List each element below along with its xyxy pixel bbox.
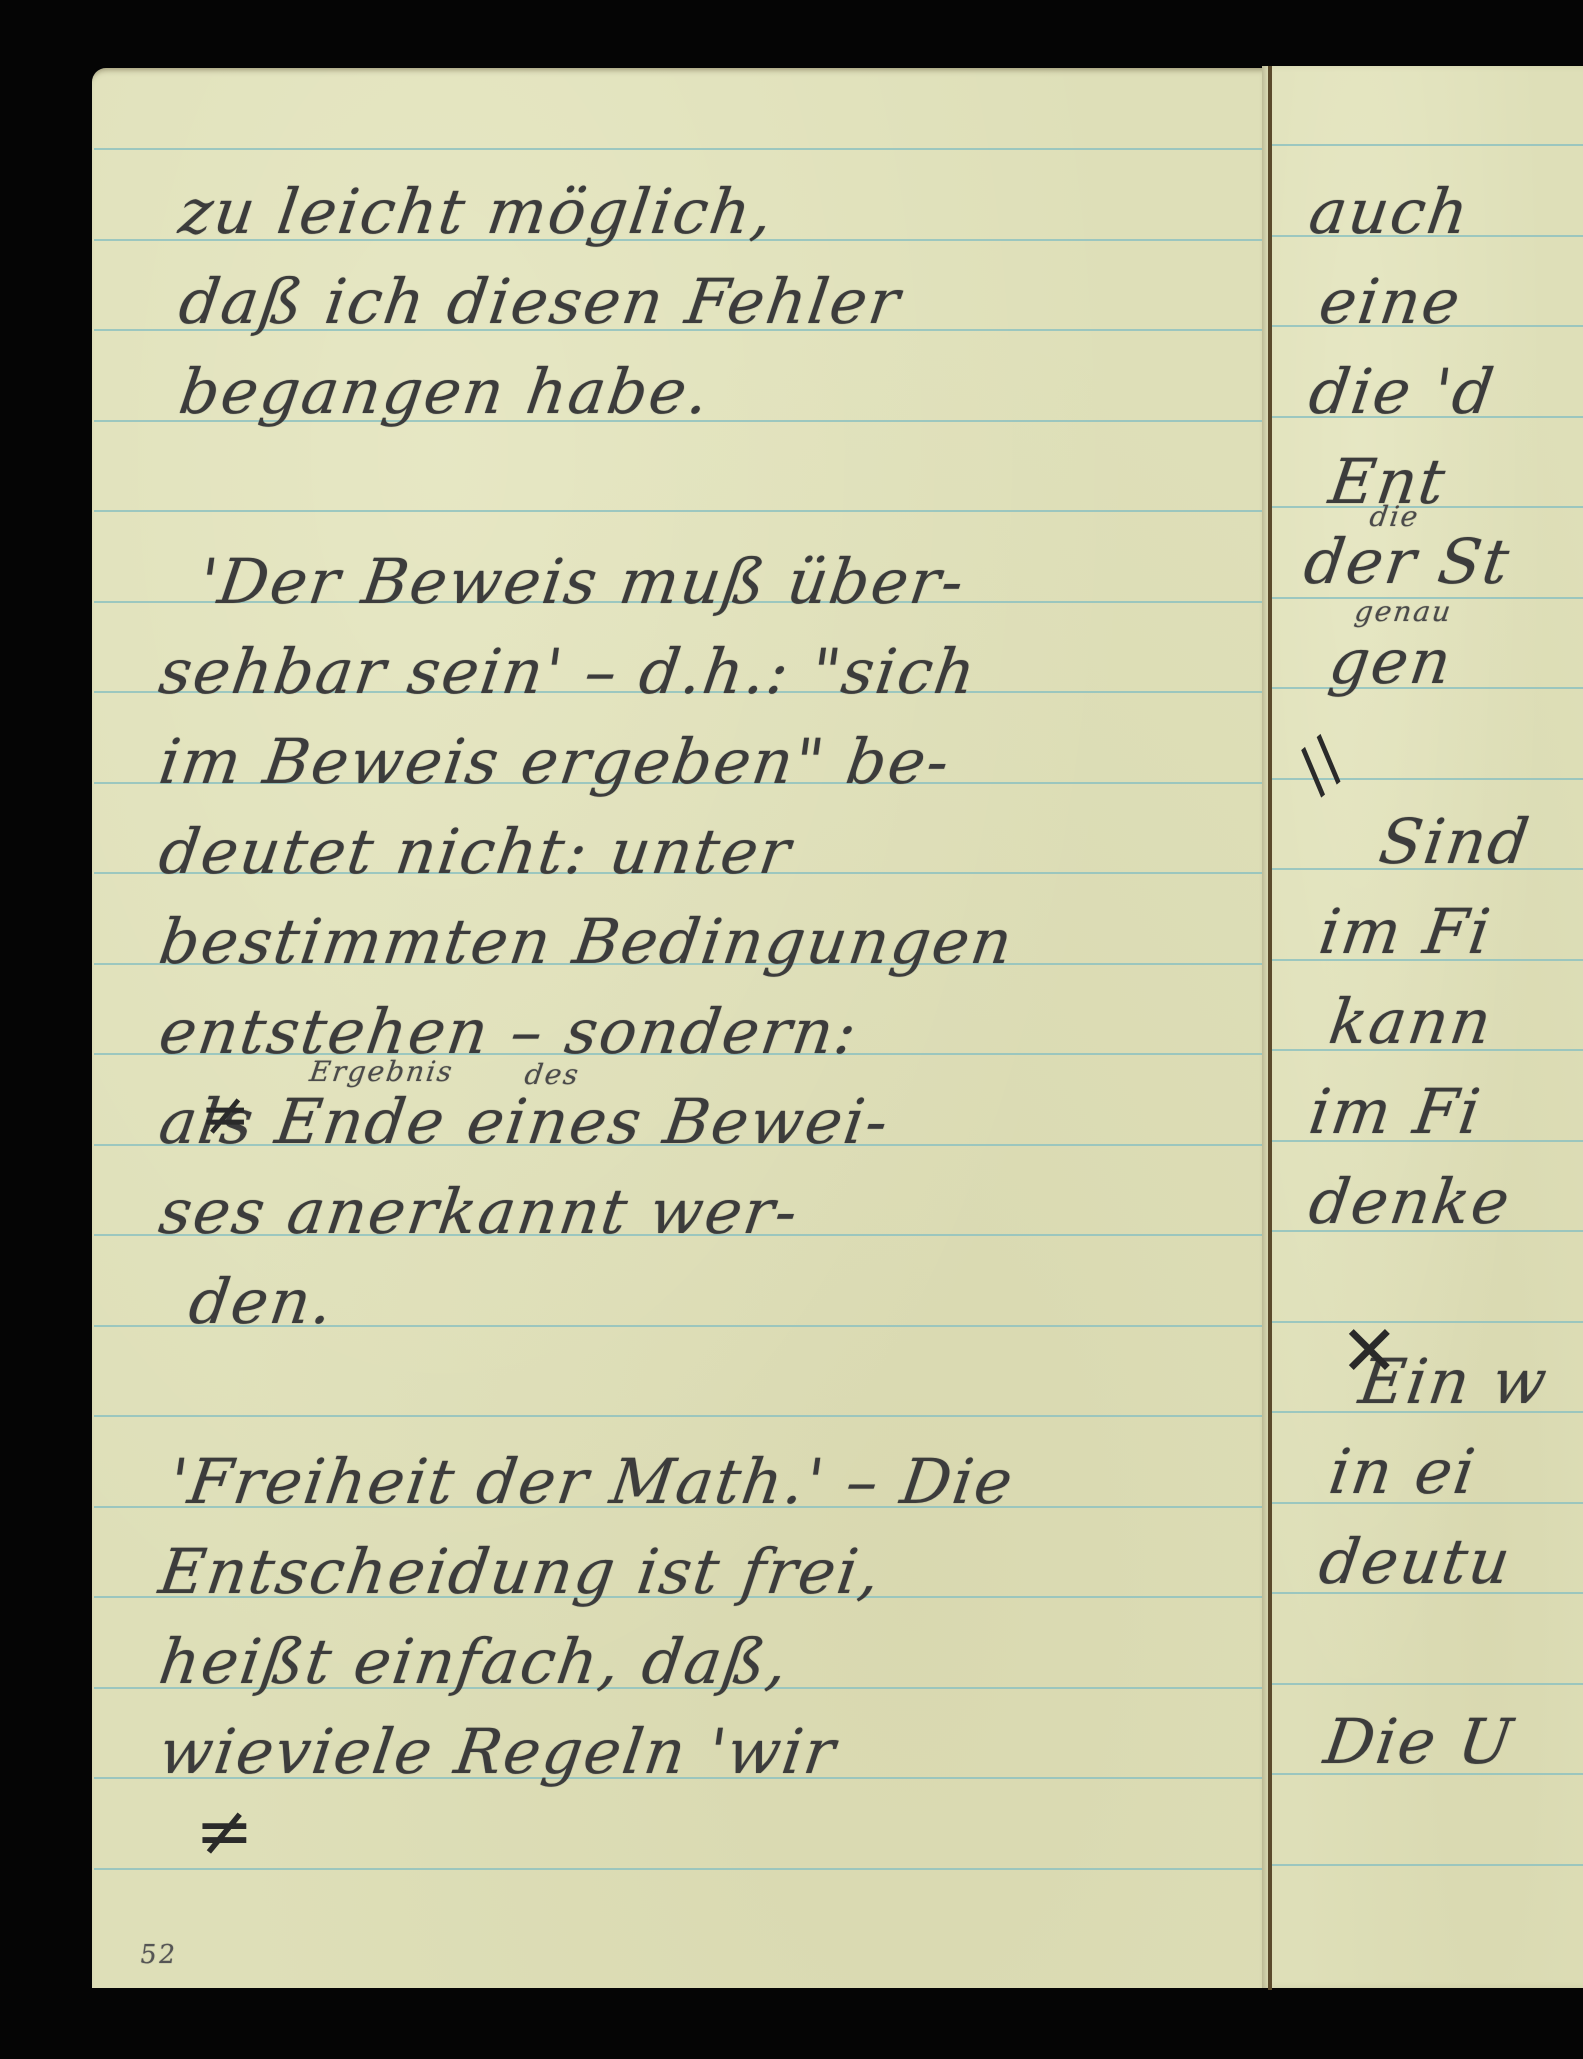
handwritten-line: im Beweis ergeben" be- [155,725,956,798]
handwritten-line: die 'd [1305,355,1500,428]
ruled-line [1272,144,1583,146]
page-gutter [1268,66,1272,1990]
handwritten-line: entstehen – sondern: [155,995,863,1068]
handwritten-line: Entscheidung ist frei, [155,1535,886,1608]
handwritten-line: im Fi [1315,895,1496,968]
handwritten-line: im Fi [1305,1075,1486,1148]
handwritten-line: gen [1325,625,1458,698]
interlinear-insertion: Ergebnis [308,1055,456,1088]
ruled-line [1272,1321,1583,1323]
ruled-line [94,1868,1262,1870]
cross-out-mark: ✕ [1340,1310,1399,1392]
handwritten-line: wieviele Regeln 'wir [155,1715,841,1788]
handwritten-line: sehbar sein' – d.h.: "sich [155,635,982,708]
handwritten-line: heißt einfach, daß, [155,1625,794,1698]
handwritten-line: denke [1305,1165,1516,1238]
ruled-line [94,148,1262,150]
ruled-line [1272,1683,1583,1685]
handwritten-line: daß ich diesen Fehler [175,265,906,338]
ruled-line [1272,1864,1583,1866]
handwritten-line: 'Freiheit der Math.' – Die [165,1445,1019,1518]
handwritten-line: Die U [1320,1705,1518,1778]
handwritten-line: begangen habe. [175,355,715,428]
handwritten-line: 'Der Beweis muß über- [195,545,970,618]
handwritten-line: deutu [1315,1525,1516,1598]
handwritten-line: Sind [1375,805,1535,878]
ruled-line [94,510,1262,512]
handwritten-line: der St [1300,525,1515,598]
handwritten-line: als Ende eines Bewei- [155,1085,894,1158]
handwritten-line: kann [1325,985,1498,1058]
strikethrough-mark: ≠ [200,1080,250,1150]
handwritten-line: bestimmten Bedingungen [155,905,1019,978]
page-number: 52 [138,1940,179,1970]
handwritten-line: deutet nicht: unter [155,815,797,888]
handwritten-line: in ei [1325,1435,1481,1508]
interlinear-insertion: genau [1353,595,1455,628]
insertion-mark: ≠ [195,1790,254,1872]
handwritten-line: eine [1315,265,1466,338]
ruled-line [94,1415,1262,1417]
handwritten-line: den. [185,1265,339,1338]
handwritten-line: ses anerkannt wer- [155,1175,804,1248]
handwritten-line: zu leicht möglich, [175,175,779,248]
handwritten-line: auch [1305,175,1475,248]
